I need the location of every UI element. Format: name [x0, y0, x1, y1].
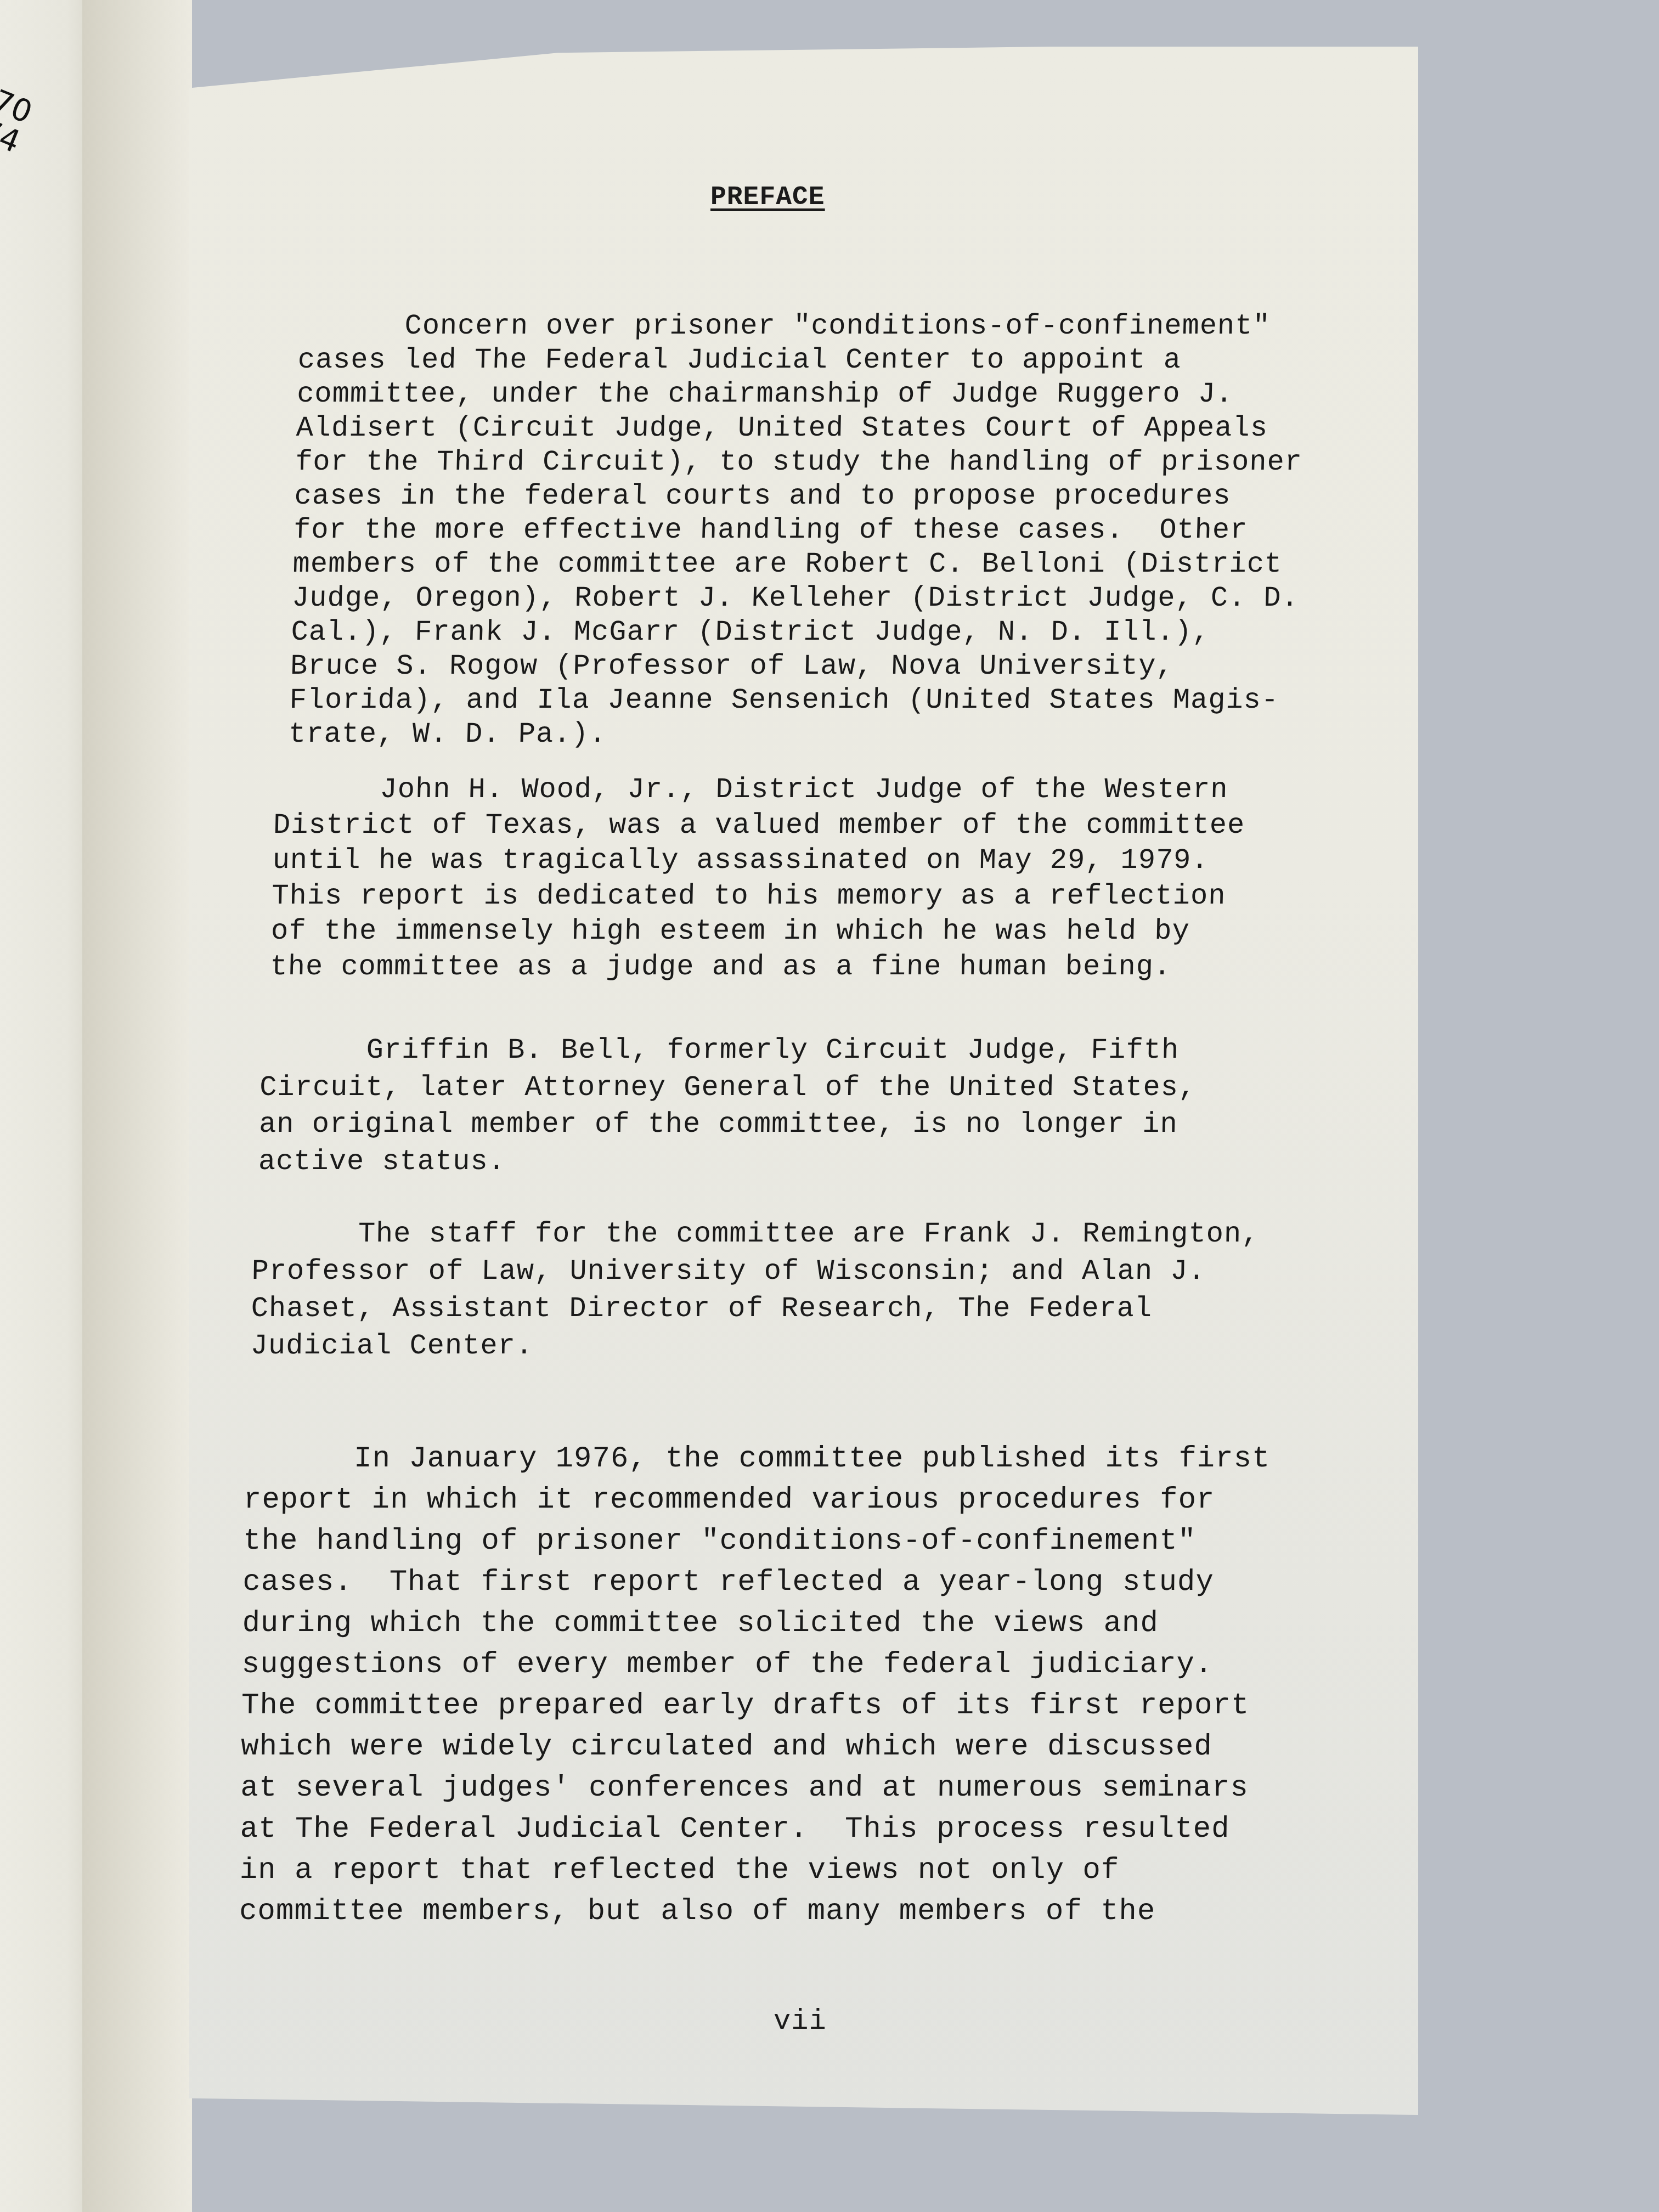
text-line: which were widely circulated and which w…: [241, 1731, 1267, 1772]
text-line: Judicial Center.: [250, 1330, 1258, 1367]
paragraph-staff: The staff for the committee are Frank J.…: [250, 1218, 1260, 1367]
previous-page-edge: 70 74 76 9 2 4: [0, 0, 96, 2212]
text-line: Concern over prisoner "conditions-of-con…: [298, 310, 1306, 344]
text-line: trate, W. D. Pa.).: [288, 718, 1296, 752]
text-line: committee, under the chairmanship of Jud…: [296, 378, 1304, 412]
text-line: cases in the federal courts and to propo…: [294, 480, 1302, 514]
margin-note: 76: [0, 165, 3, 208]
document-page: PREFACE Concern over prisoner "condition…: [189, 47, 1418, 2115]
text-line: until he was tragically assassinated on …: [272, 844, 1245, 880]
text-line: for the more effective handling of these…: [293, 514, 1301, 548]
paragraph-griffin-bell: Griffin B. Bell, formerly Circuit Judge,…: [258, 1034, 1197, 1182]
text-line: an original member of the committee, is …: [258, 1108, 1195, 1145]
text-line: The staff for the committee are Frank J.…: [252, 1218, 1260, 1255]
text-line: This report is dedicated to his memory a…: [272, 880, 1244, 916]
text-line: at The Federal Judicial Center. This pro…: [240, 1813, 1266, 1854]
page-title: PREFACE: [710, 183, 825, 212]
text-line: in a report that reflected the views not…: [239, 1854, 1266, 1895]
text-line: Professor of Law, University of Wisconsi…: [251, 1255, 1259, 1293]
page-number: vii: [774, 2005, 827, 2038]
text-line: The committee prepared early drafts of i…: [241, 1690, 1268, 1731]
text-line: John H. Wood, Jr., District Judge of the…: [274, 774, 1246, 809]
text-line: the committee as a judge and as a fine h…: [270, 951, 1243, 986]
text-line: the handling of prisoner "conditions-of-…: [243, 1525, 1269, 1566]
text-line: cases. That first report reflected a yea…: [242, 1566, 1269, 1607]
text-line: during which the committee solicited the…: [242, 1607, 1268, 1649]
paragraph-committee: Concern over prisoner "conditions-of-con…: [288, 310, 1306, 752]
text-line: suggestions of every member of the feder…: [241, 1649, 1268, 1690]
text-line: cases led The Federal Judicial Center to…: [297, 344, 1305, 378]
book-gutter: [82, 0, 192, 2212]
paragraph-first-report: In January 1976, the committee published…: [239, 1443, 1271, 1937]
text-line: members of the committee are Robert C. B…: [292, 548, 1300, 582]
text-line: Circuit, later Attorney General of the U…: [259, 1071, 1197, 1109]
text-line: report in which it recommended various p…: [243, 1484, 1269, 1525]
text-line: Judge, Oregon), Robert J. Kelleher (Dist…: [291, 582, 1299, 616]
handwritten-margin-notes: 70 74 76 9 2 4: [0, 85, 36, 297]
text-line: Griffin B. Bell, formerly Circuit Judge,…: [260, 1034, 1197, 1071]
text-line: District of Texas, was a valued member o…: [273, 809, 1245, 845]
text-line: Bruce S. Rogow (Professor of Law, Nova U…: [290, 650, 1297, 684]
text-line: committee members, but also of many memb…: [239, 1895, 1266, 1937]
text-line: Florida), and Ila Jeanne Sensenich (Unit…: [289, 684, 1297, 718]
text-line: In January 1976, the committee published…: [244, 1443, 1270, 1484]
text-line: of the immensely high esteem in which he…: [270, 915, 1243, 951]
text-line: active status.: [258, 1145, 1195, 1183]
text-line: Cal.), Frank J. McGarr (District Judge, …: [291, 616, 1299, 650]
text-line: Chaset, Assistant Director of Research, …: [251, 1293, 1259, 1330]
text-line: for the Third Circuit), to study the han…: [295, 446, 1302, 480]
text-line: at several judges' conferences and at nu…: [240, 1772, 1267, 1813]
text-line: Aldisert (Circuit Judge, United States C…: [296, 412, 1304, 446]
paragraph-john-wood: John H. Wood, Jr., District Judge of the…: [270, 774, 1246, 986]
